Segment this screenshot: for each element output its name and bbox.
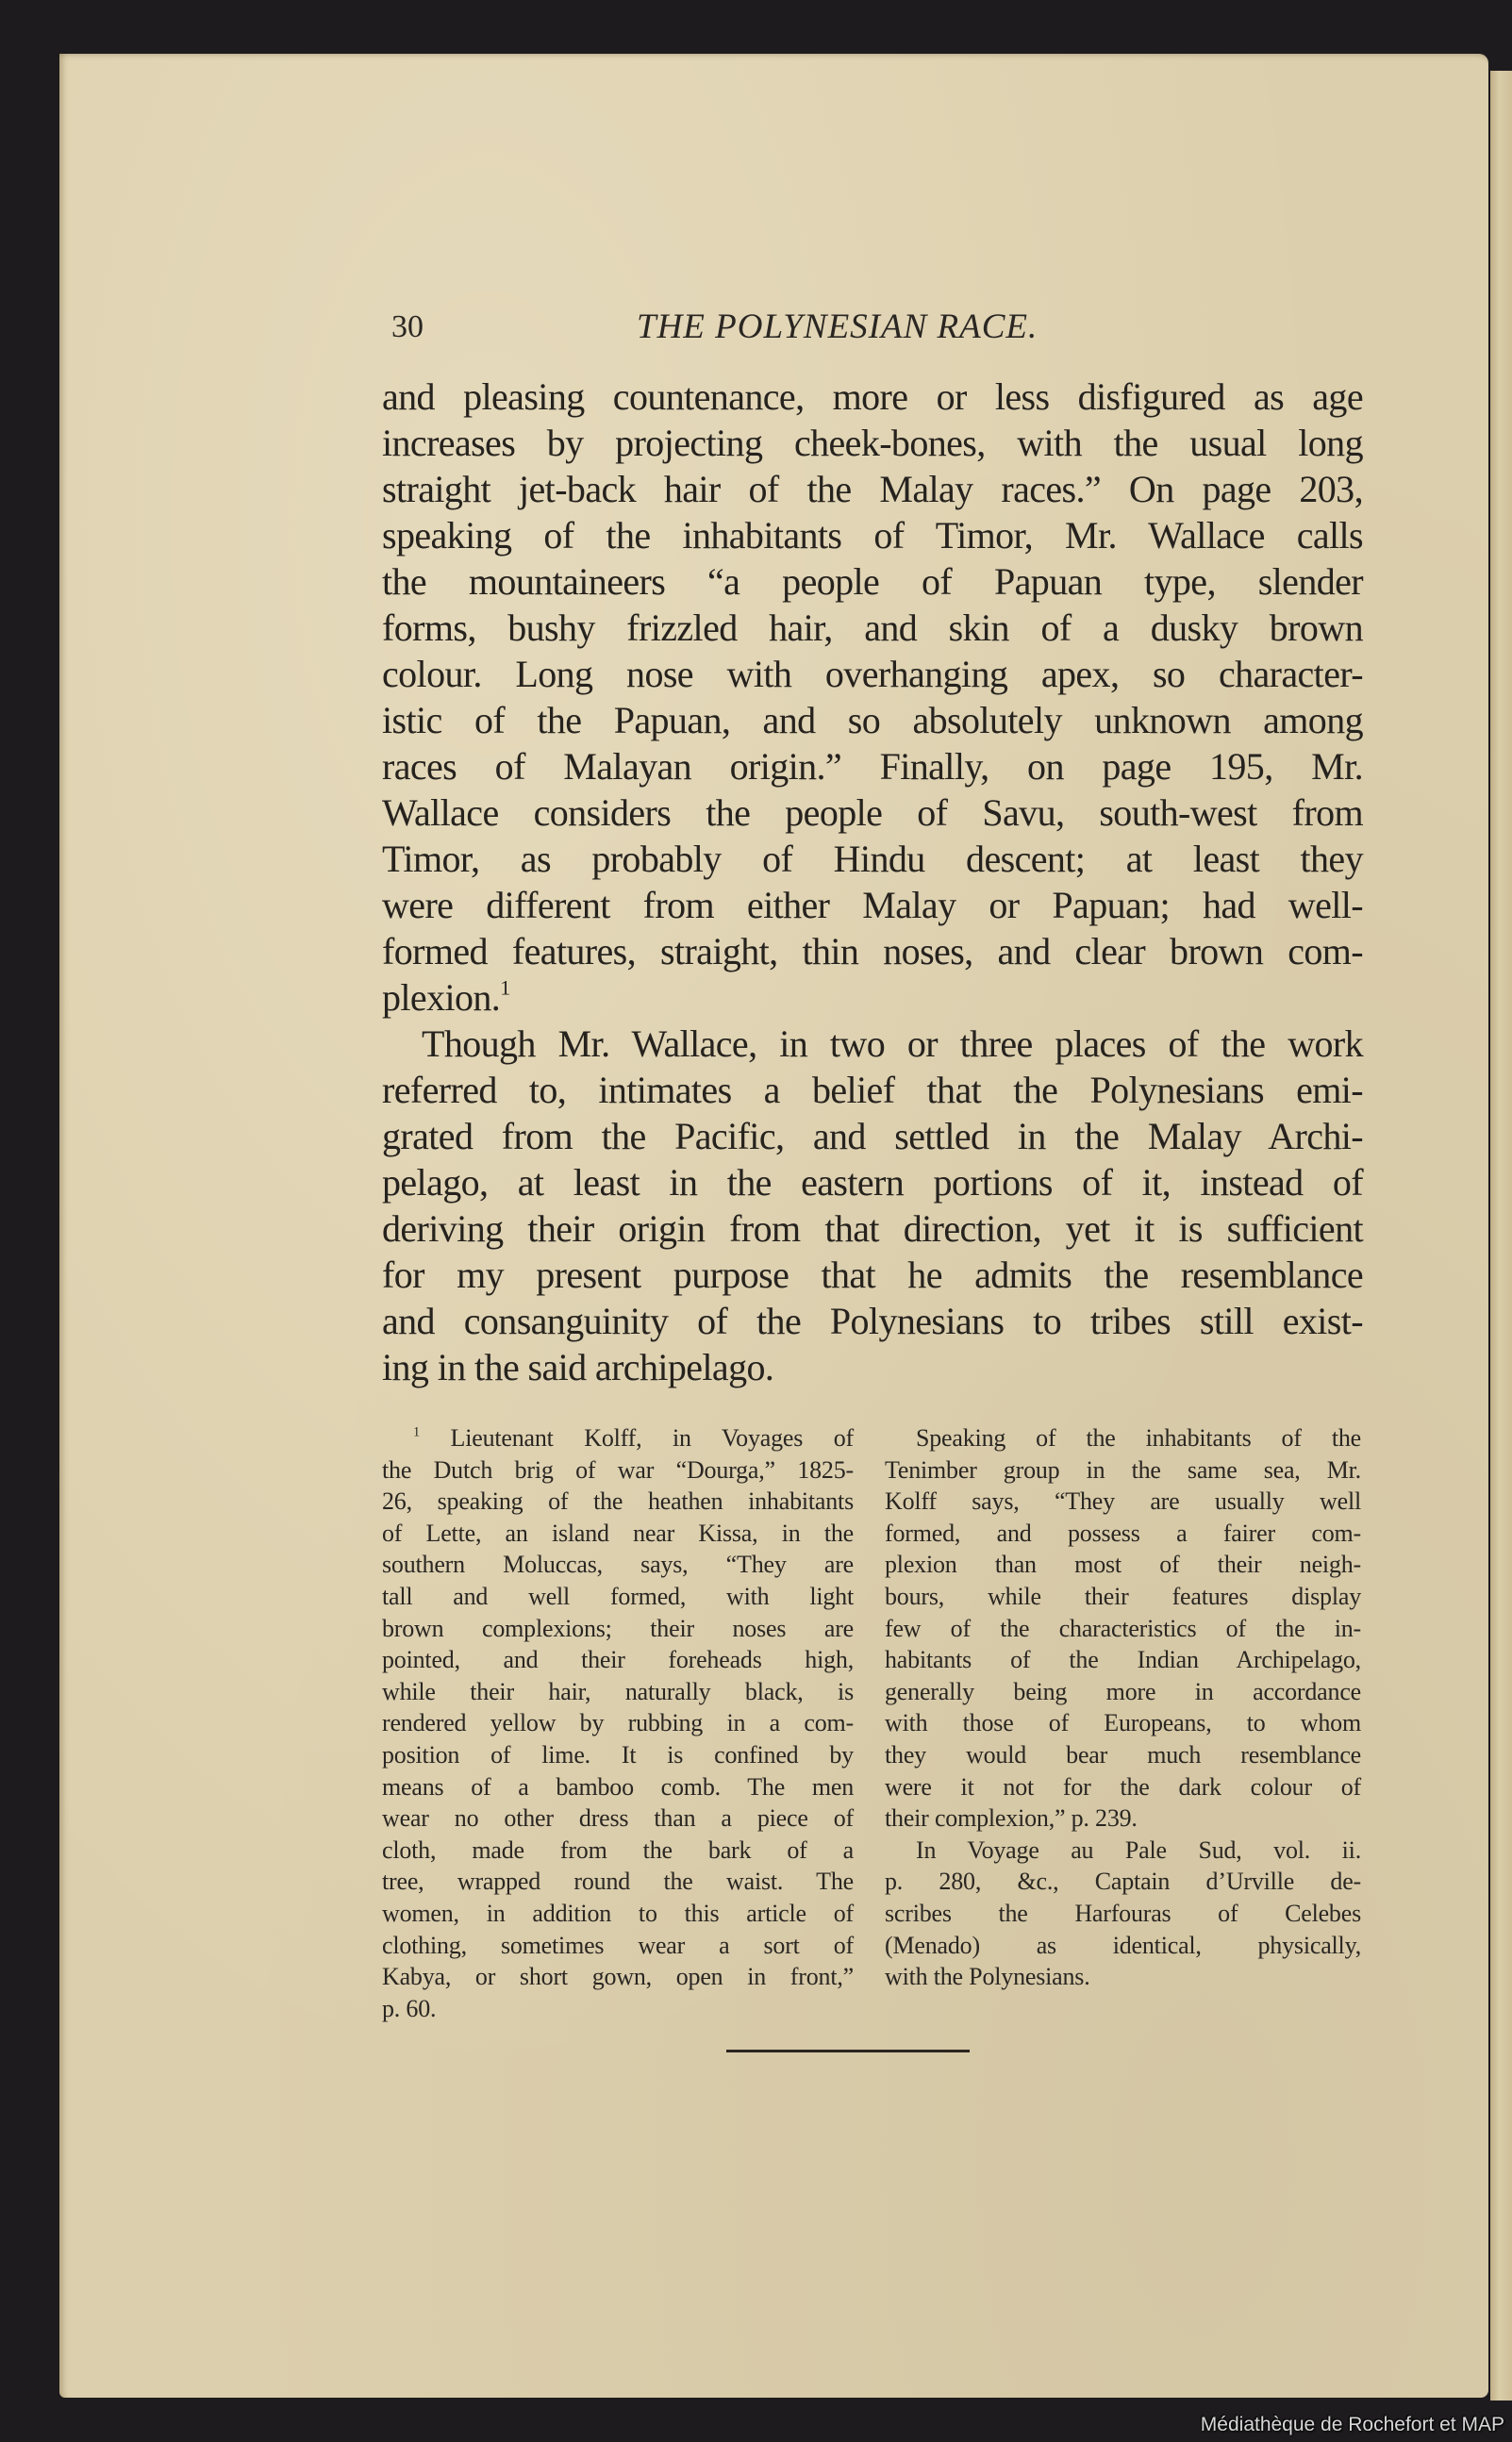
footnote-line: position of lime. It is confined by <box>382 1739 854 1771</box>
text-line: Wallace considers the people of Savu, so… <box>382 789 1363 836</box>
footnote-line: habitants of the Indian Archipelago, <box>885 1644 1361 1676</box>
paragraph-1: and pleasing countenance, more or less d… <box>382 374 1363 1021</box>
footnote-line: few of the characteristics of the in- <box>885 1613 1361 1645</box>
footnote-marker: 1 <box>413 1424 420 1439</box>
footnote-reference[interactable]: 1 <box>500 976 509 1000</box>
text-line: colour. Long nose with overhanging apex,… <box>382 651 1363 697</box>
text-line: Though Mr. Wallace, in two or three plac… <box>382 1021 1363 1067</box>
footnote-line: cloth, made from the bark of a <box>382 1835 854 1867</box>
footnote-column-left: 1 Lieutenant Kolff, in Voyages of the Du… <box>382 1422 854 2024</box>
footnote-line: while their hair, naturally black, is <box>382 1676 854 1708</box>
footnote-line: rendered yellow by rubbing in a com- <box>382 1707 854 1739</box>
text-line: for my present purpose that he admits th… <box>382 1252 1363 1298</box>
text-line: straight jet-back hair of the Malay race… <box>382 466 1363 512</box>
footnote-line: Speaking of the inhabitants of the <box>885 1422 1361 1454</box>
text-line-content: plexion. <box>382 976 500 1019</box>
footnote-line: their complexion,” p. 239. <box>885 1802 1361 1835</box>
footnote-line: were it not for the dark colour of <box>885 1771 1361 1803</box>
text-line: increases by projecting cheek-bones, wit… <box>382 420 1363 466</box>
text-line: ing in the said archipelago. <box>382 1344 1363 1390</box>
footnote-line: 1 Lieutenant Kolff, in Voyages of <box>382 1422 854 1454</box>
footnote-line: tall and well formed, with light <box>382 1581 854 1613</box>
footnote-line: tree, wrapped round the waist. The <box>382 1866 854 1898</box>
text-line: speaking of the inhabitants of Timor, Mr… <box>382 512 1363 558</box>
footnote-column-right: Speaking of the inhabitants of the Tenim… <box>885 1422 1361 1993</box>
footnote-line: means of a bamboo comb. The men <box>382 1771 854 1803</box>
footnote-line: p. 280, &c., Captain d’Urville de- <box>885 1866 1361 1898</box>
text-line: grated from the Pacific, and settled in … <box>382 1113 1363 1159</box>
footnote-line: pointed, and their foreheads high, <box>382 1644 854 1676</box>
text-line: were different from either Malay or Papu… <box>382 882 1363 928</box>
running-head: 30 THE POLYNESIAN RACE. <box>391 304 1372 351</box>
text-line: istic of the Papuan, and so absolutely u… <box>382 697 1363 743</box>
text-line: plexion.1 <box>382 974 1363 1021</box>
footnote-line: southern Moluccas, says, “They are <box>382 1549 854 1581</box>
text-line: forms, bushy frizzled hair, and skin of … <box>382 605 1363 651</box>
text-line: deriving their origin from that directio… <box>382 1205 1363 1252</box>
footnote-line: with the Polynesians. <box>885 1961 1361 1993</box>
footnote-line: scribes the Harfouras of Celebes <box>885 1898 1361 1930</box>
footnote-line: Kolff says, “They are usually well <box>885 1486 1361 1518</box>
closing-rule <box>726 2050 970 2052</box>
footnote-line: bours, while their features display <box>885 1581 1361 1613</box>
adjacent-page-edge <box>1490 71 1512 2400</box>
footnote-line: they would bear much resemblance <box>885 1739 1361 1771</box>
paragraph-2: Though Mr. Wallace, in two or three plac… <box>382 1021 1363 1390</box>
text-line: pelago, at least in the eastern portions… <box>382 1159 1363 1205</box>
text-line: referred to, intimates a belief that the… <box>382 1067 1363 1113</box>
footnote-line: Kabya, or short gown, open in front,” <box>382 1961 854 1993</box>
footnote-line-content: Lieutenant Kolff, in Voyages of <box>451 1424 854 1452</box>
footnote-line: brown complexions; their noses are <box>382 1613 854 1645</box>
footnote-line: In Voyage au Pale Sud, vol. ii. <box>885 1835 1361 1867</box>
footnote-line: generally being more in accordance <box>885 1676 1361 1708</box>
footnote-line: p. 60. <box>382 1993 854 2025</box>
footnote-line: (Menado) as identical, physically, <box>885 1930 1361 1962</box>
footnote-line: the Dutch brig of war “Dourga,” 1825- <box>382 1454 854 1487</box>
footnote-line: plexion than most of their neigh- <box>885 1549 1361 1581</box>
footnote-line: of Lette, an island near Kissa, in the <box>382 1518 854 1550</box>
footnote-line: formed, and possess a fairer com- <box>885 1518 1361 1550</box>
footnote-line: 26, speaking of the heathen inhabitants <box>382 1486 854 1518</box>
footnote-line: Tenimber group in the same sea, Mr. <box>885 1454 1361 1487</box>
text-line: formed features, straight, thin noses, a… <box>382 928 1363 974</box>
footnote-line: women, in addition to this article of <box>382 1898 854 1930</box>
footnote-line: wear no other dress than a piece of <box>382 1802 854 1835</box>
text-line: and pleasing countenance, more or less d… <box>382 374 1363 420</box>
text-line: races of Malayan origin.” Finally, on pa… <box>382 743 1363 789</box>
page-number: 30 <box>391 304 424 351</box>
body-text: and pleasing countenance, more or less d… <box>382 374 1363 1390</box>
text-line: and consanguinity of the Polynesians to … <box>382 1298 1363 1344</box>
running-head-title: THE POLYNESIAN RACE. <box>637 304 1038 351</box>
text-line: Timor, as probably of Hindu descent; at … <box>382 836 1363 882</box>
footnote-line: clothing, sometimes wear a sort of <box>382 1930 854 1962</box>
text-line: the mountaineers “a people of Papuan typ… <box>382 558 1363 605</box>
watermark: Médiathèque de Rochefort et MAP <box>1201 2414 1504 2436</box>
footnote-line: with those of Europeans, to whom <box>885 1707 1361 1739</box>
